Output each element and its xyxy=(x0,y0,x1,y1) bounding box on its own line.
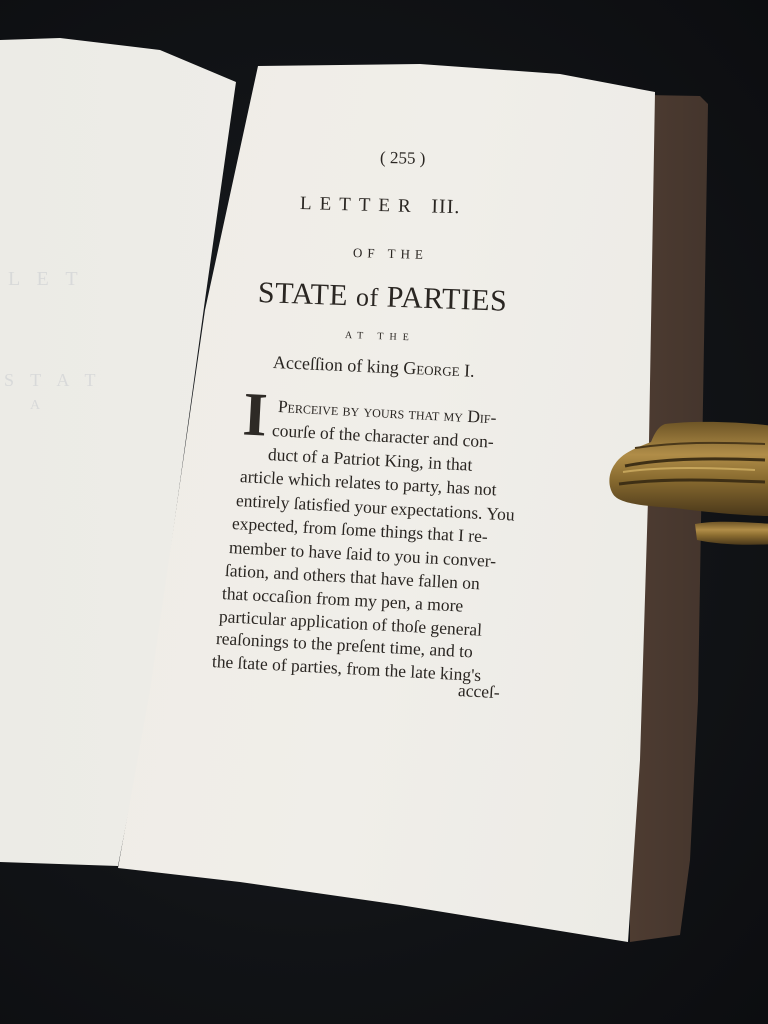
subtitle-suffix: I. xyxy=(459,360,475,381)
title-state: STATE xyxy=(257,276,348,312)
letter-heading: LETTER III. xyxy=(300,192,461,219)
subtitle-name: George xyxy=(403,358,460,380)
title-state-of-parties: STATE of PARTIES xyxy=(257,276,507,319)
subtitle-prefix: Acceſſion of king xyxy=(273,352,404,378)
brass-hand-icon xyxy=(605,420,768,550)
title-parties: PARTIES xyxy=(386,281,508,318)
brass-hand-page-holder xyxy=(605,420,768,550)
at-the-line: AT THE xyxy=(345,330,415,343)
body-line: acceſ- xyxy=(457,680,500,703)
subtitle-accession: Acceſſion of king George I. xyxy=(273,352,476,382)
letter-word: LETTER xyxy=(300,193,419,217)
page-number: ( 255 ) xyxy=(380,148,426,169)
drop-cap: I xyxy=(241,383,268,446)
letter-numeral: III. xyxy=(431,195,461,218)
title-of: of xyxy=(356,282,380,312)
of-the-line: OF THE xyxy=(353,245,428,263)
